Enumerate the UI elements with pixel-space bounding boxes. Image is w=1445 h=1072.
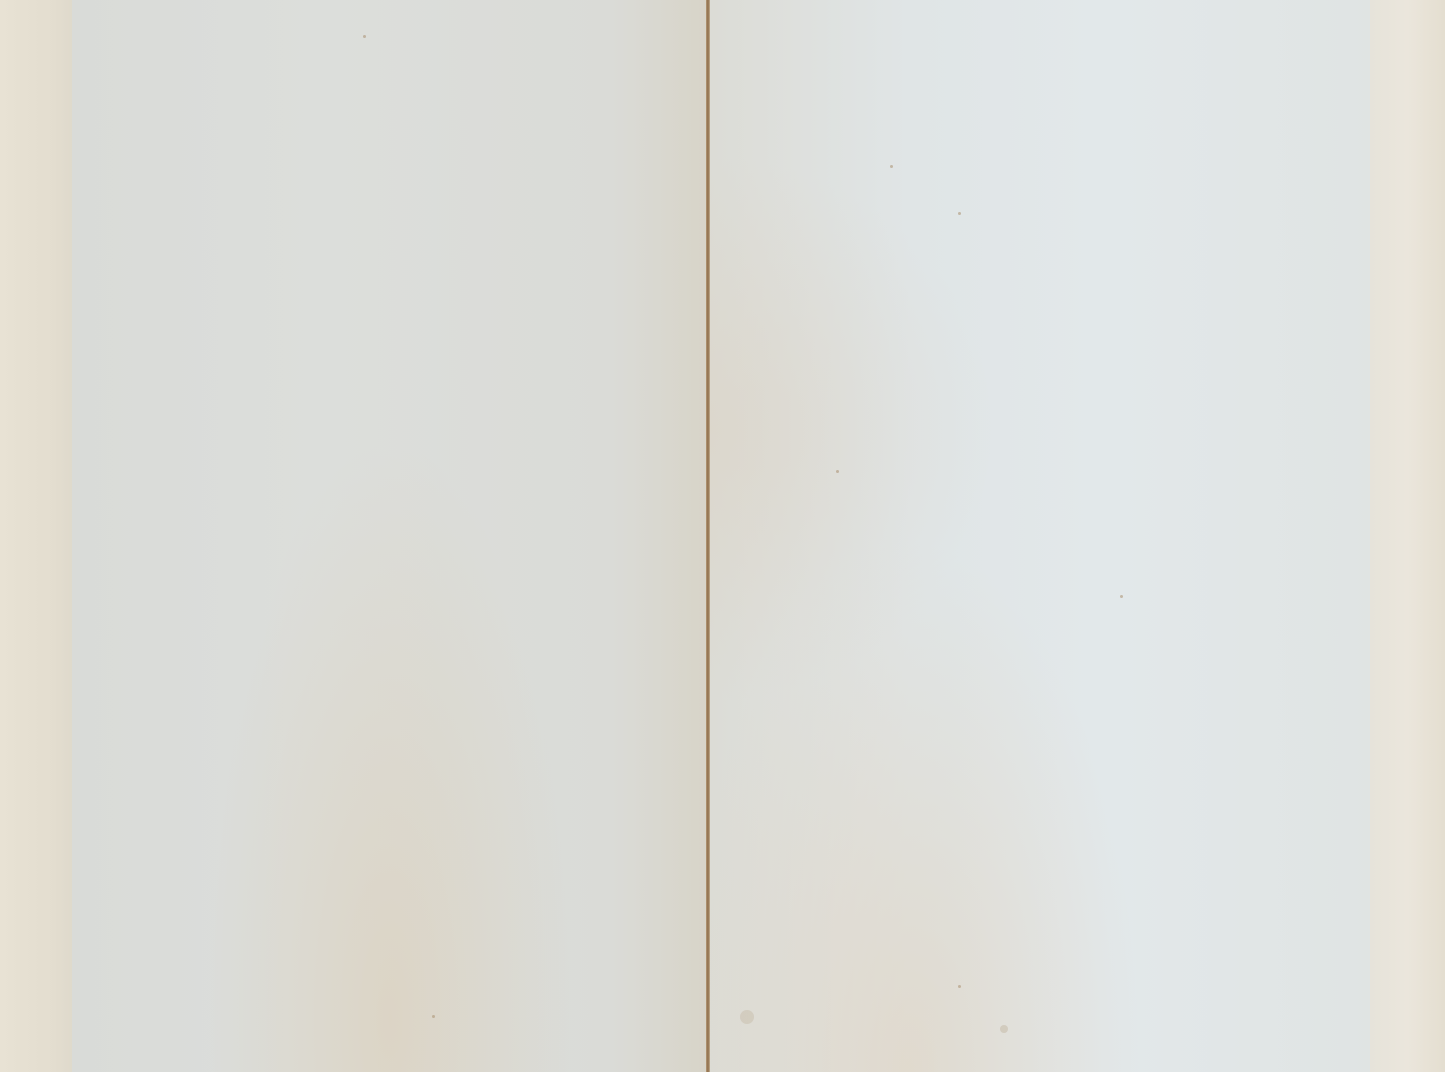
paper-speck [836,470,839,473]
right-textured-edge [1370,0,1445,1072]
paper-speck [890,165,893,168]
paper-stain [740,1010,754,1024]
left-binding-edge [0,0,78,1072]
paper-speck [1120,595,1123,598]
left-page [72,0,708,1072]
paper-speck [958,212,961,215]
paper-speck [363,35,366,38]
right-page [710,0,1374,1072]
paper-speck [958,985,961,988]
paper-speck [432,1015,435,1018]
paper-stain [1000,1025,1008,1033]
